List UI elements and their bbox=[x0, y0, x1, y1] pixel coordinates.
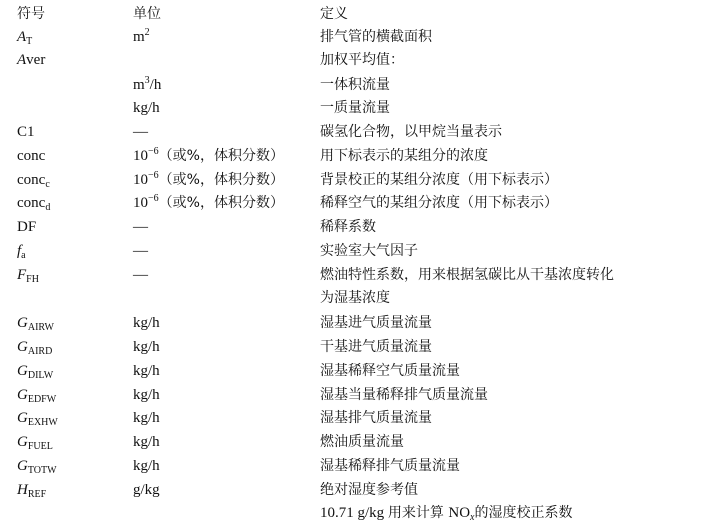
unit-cell: g/kg bbox=[133, 478, 160, 502]
symbol-cell: HREF bbox=[17, 478, 46, 502]
table-row: GDILW kg/h 湿基稀释空气质量流量 bbox=[0, 359, 728, 383]
symbol-cell: GFUEL bbox=[17, 430, 53, 454]
definition-cell: 实验室大气因子 bbox=[320, 239, 418, 263]
definition-cell: 背景校正的某组分浓度（用下标表示） bbox=[320, 168, 558, 192]
table-row: Aver 加权平均值： bbox=[0, 48, 728, 72]
table-row: kg/h 一质量流量 bbox=[0, 96, 728, 120]
symbol-cell: GAIRD bbox=[17, 335, 52, 359]
unit-cell: kg/h bbox=[133, 359, 160, 383]
unit-cell: m3/h bbox=[133, 73, 161, 97]
unit-cell: kg/h bbox=[133, 406, 160, 430]
table-row: FFH — 燃油特性系数，用来根据氢碳比从干基浓度转化 bbox=[0, 263, 728, 287]
symbol-cell: fa bbox=[17, 239, 26, 263]
unit-cell: 10−6（或%，体积分数） bbox=[133, 144, 284, 168]
unit-cell: kg/h bbox=[133, 383, 160, 407]
definition-cell: 稀释系数 bbox=[320, 215, 376, 239]
table-row: fa — 实验室大气因子 bbox=[0, 239, 728, 263]
table-row: GEXHW kg/h 湿基排气质量流量 bbox=[0, 406, 728, 430]
definition-cell: 湿基进气质量流量 bbox=[320, 311, 432, 335]
definition-cell: 湿基稀释排气质量流量 bbox=[320, 454, 460, 478]
definition-cell: 10.71 g/kg 用来计算 NOx的湿度校正系数 bbox=[320, 501, 573, 525]
unit-cell: 10−6（或%，体积分数） bbox=[133, 168, 284, 192]
unit-cell: — bbox=[133, 239, 148, 263]
definition-cell: 为湿基浓度 bbox=[320, 286, 390, 310]
unit-cell: m2 bbox=[133, 25, 150, 49]
symbol-cell: GDILW bbox=[17, 359, 53, 383]
symbol-cell: GTOTW bbox=[17, 454, 57, 478]
symbol-cell: C1 bbox=[17, 120, 35, 144]
definition-cell: 湿基当量稀释排气质量流量 bbox=[320, 383, 488, 407]
definition-cell: 一体积流量 bbox=[320, 73, 390, 97]
unit-cell: kg/h bbox=[133, 96, 160, 120]
table-row: 10.71 g/kg 用来计算 NOx的湿度校正系数 bbox=[0, 501, 728, 525]
table-header: 符号 单位 定义 bbox=[0, 2, 728, 26]
symbol-cell: FFH bbox=[17, 263, 39, 287]
definition-cell: 绝对湿度参考值 bbox=[320, 478, 418, 502]
header-symbol: 符号 bbox=[17, 2, 45, 26]
symbol-cell: Aver bbox=[17, 48, 45, 72]
definition-cell: 湿基稀释空气质量流量 bbox=[320, 359, 460, 383]
symbol-cell: conc bbox=[17, 144, 45, 168]
table-row: C1 — 碳氢化合物，以甲烷当量表示 bbox=[0, 120, 728, 144]
definition-cell: 干基进气质量流量 bbox=[320, 335, 432, 359]
symbol-cell: AT bbox=[17, 25, 32, 49]
table-row: GAIRD kg/h 干基进气质量流量 bbox=[0, 335, 728, 359]
header-definition: 定义 bbox=[320, 2, 348, 26]
table-row: GAIRW kg/h 湿基进气质量流量 bbox=[0, 311, 728, 335]
definition-cell: 排气管的横截面积 bbox=[320, 25, 432, 49]
table-row: AT m2 排气管的横截面积 bbox=[0, 25, 728, 49]
table-row: DF — 稀释系数 bbox=[0, 215, 728, 239]
table-row: concc 10−6（或%，体积分数） 背景校正的某组分浓度（用下标表示） bbox=[0, 168, 728, 192]
symbol-cell: DF bbox=[17, 215, 36, 239]
table-row: conc 10−6（或%，体积分数） 用下标表示的某组分的浓度 bbox=[0, 144, 728, 168]
header-unit: 单位 bbox=[133, 2, 161, 26]
symbol-cell: GEDFW bbox=[17, 383, 56, 407]
definition-cell: 加权平均值： bbox=[320, 48, 404, 72]
unit-cell: kg/h bbox=[133, 311, 160, 335]
definition-cell: 湿基排气质量流量 bbox=[320, 406, 432, 430]
unit-cell: kg/h bbox=[133, 335, 160, 359]
definition-cell: 燃油质量流量 bbox=[320, 430, 404, 454]
table-row: HREF g/kg 绝对湿度参考值 bbox=[0, 478, 728, 502]
definition-cell: 用下标表示的某组分的浓度 bbox=[320, 144, 488, 168]
table-row: 为湿基浓度 bbox=[0, 286, 728, 310]
unit-cell: kg/h bbox=[133, 430, 160, 454]
definition-cell: 稀释空气的某组分浓度（用下标表示） bbox=[320, 191, 558, 215]
symbol-cell: concd bbox=[17, 191, 50, 215]
symbol-cell: concc bbox=[17, 168, 50, 192]
unit-cell: 10−6（或%，体积分数） bbox=[133, 191, 284, 215]
table-row: GFUEL kg/h 燃油质量流量 bbox=[0, 430, 728, 454]
unit-cell: — bbox=[133, 215, 148, 239]
table-row: concd 10−6（或%，体积分数） 稀释空气的某组分浓度（用下标表示） bbox=[0, 191, 728, 215]
symbol-cell: GAIRW bbox=[17, 311, 54, 335]
definition-cell: 燃油特性系数，用来根据氢碳比从干基浓度转化 bbox=[320, 263, 614, 287]
unit-cell: kg/h bbox=[133, 454, 160, 478]
table-row: GTOTW kg/h 湿基稀释排气质量流量 bbox=[0, 454, 728, 478]
table-row: GEDFW kg/h 湿基当量稀释排气质量流量 bbox=[0, 383, 728, 407]
unit-cell: — bbox=[133, 120, 148, 144]
definition-cell: 一质量流量 bbox=[320, 96, 390, 120]
unit-cell: — bbox=[133, 263, 148, 287]
symbol-cell: GEXHW bbox=[17, 406, 58, 430]
definition-cell: 碳氢化合物，以甲烷当量表示 bbox=[320, 120, 502, 144]
table-row: m3/h 一体积流量 bbox=[0, 73, 728, 97]
